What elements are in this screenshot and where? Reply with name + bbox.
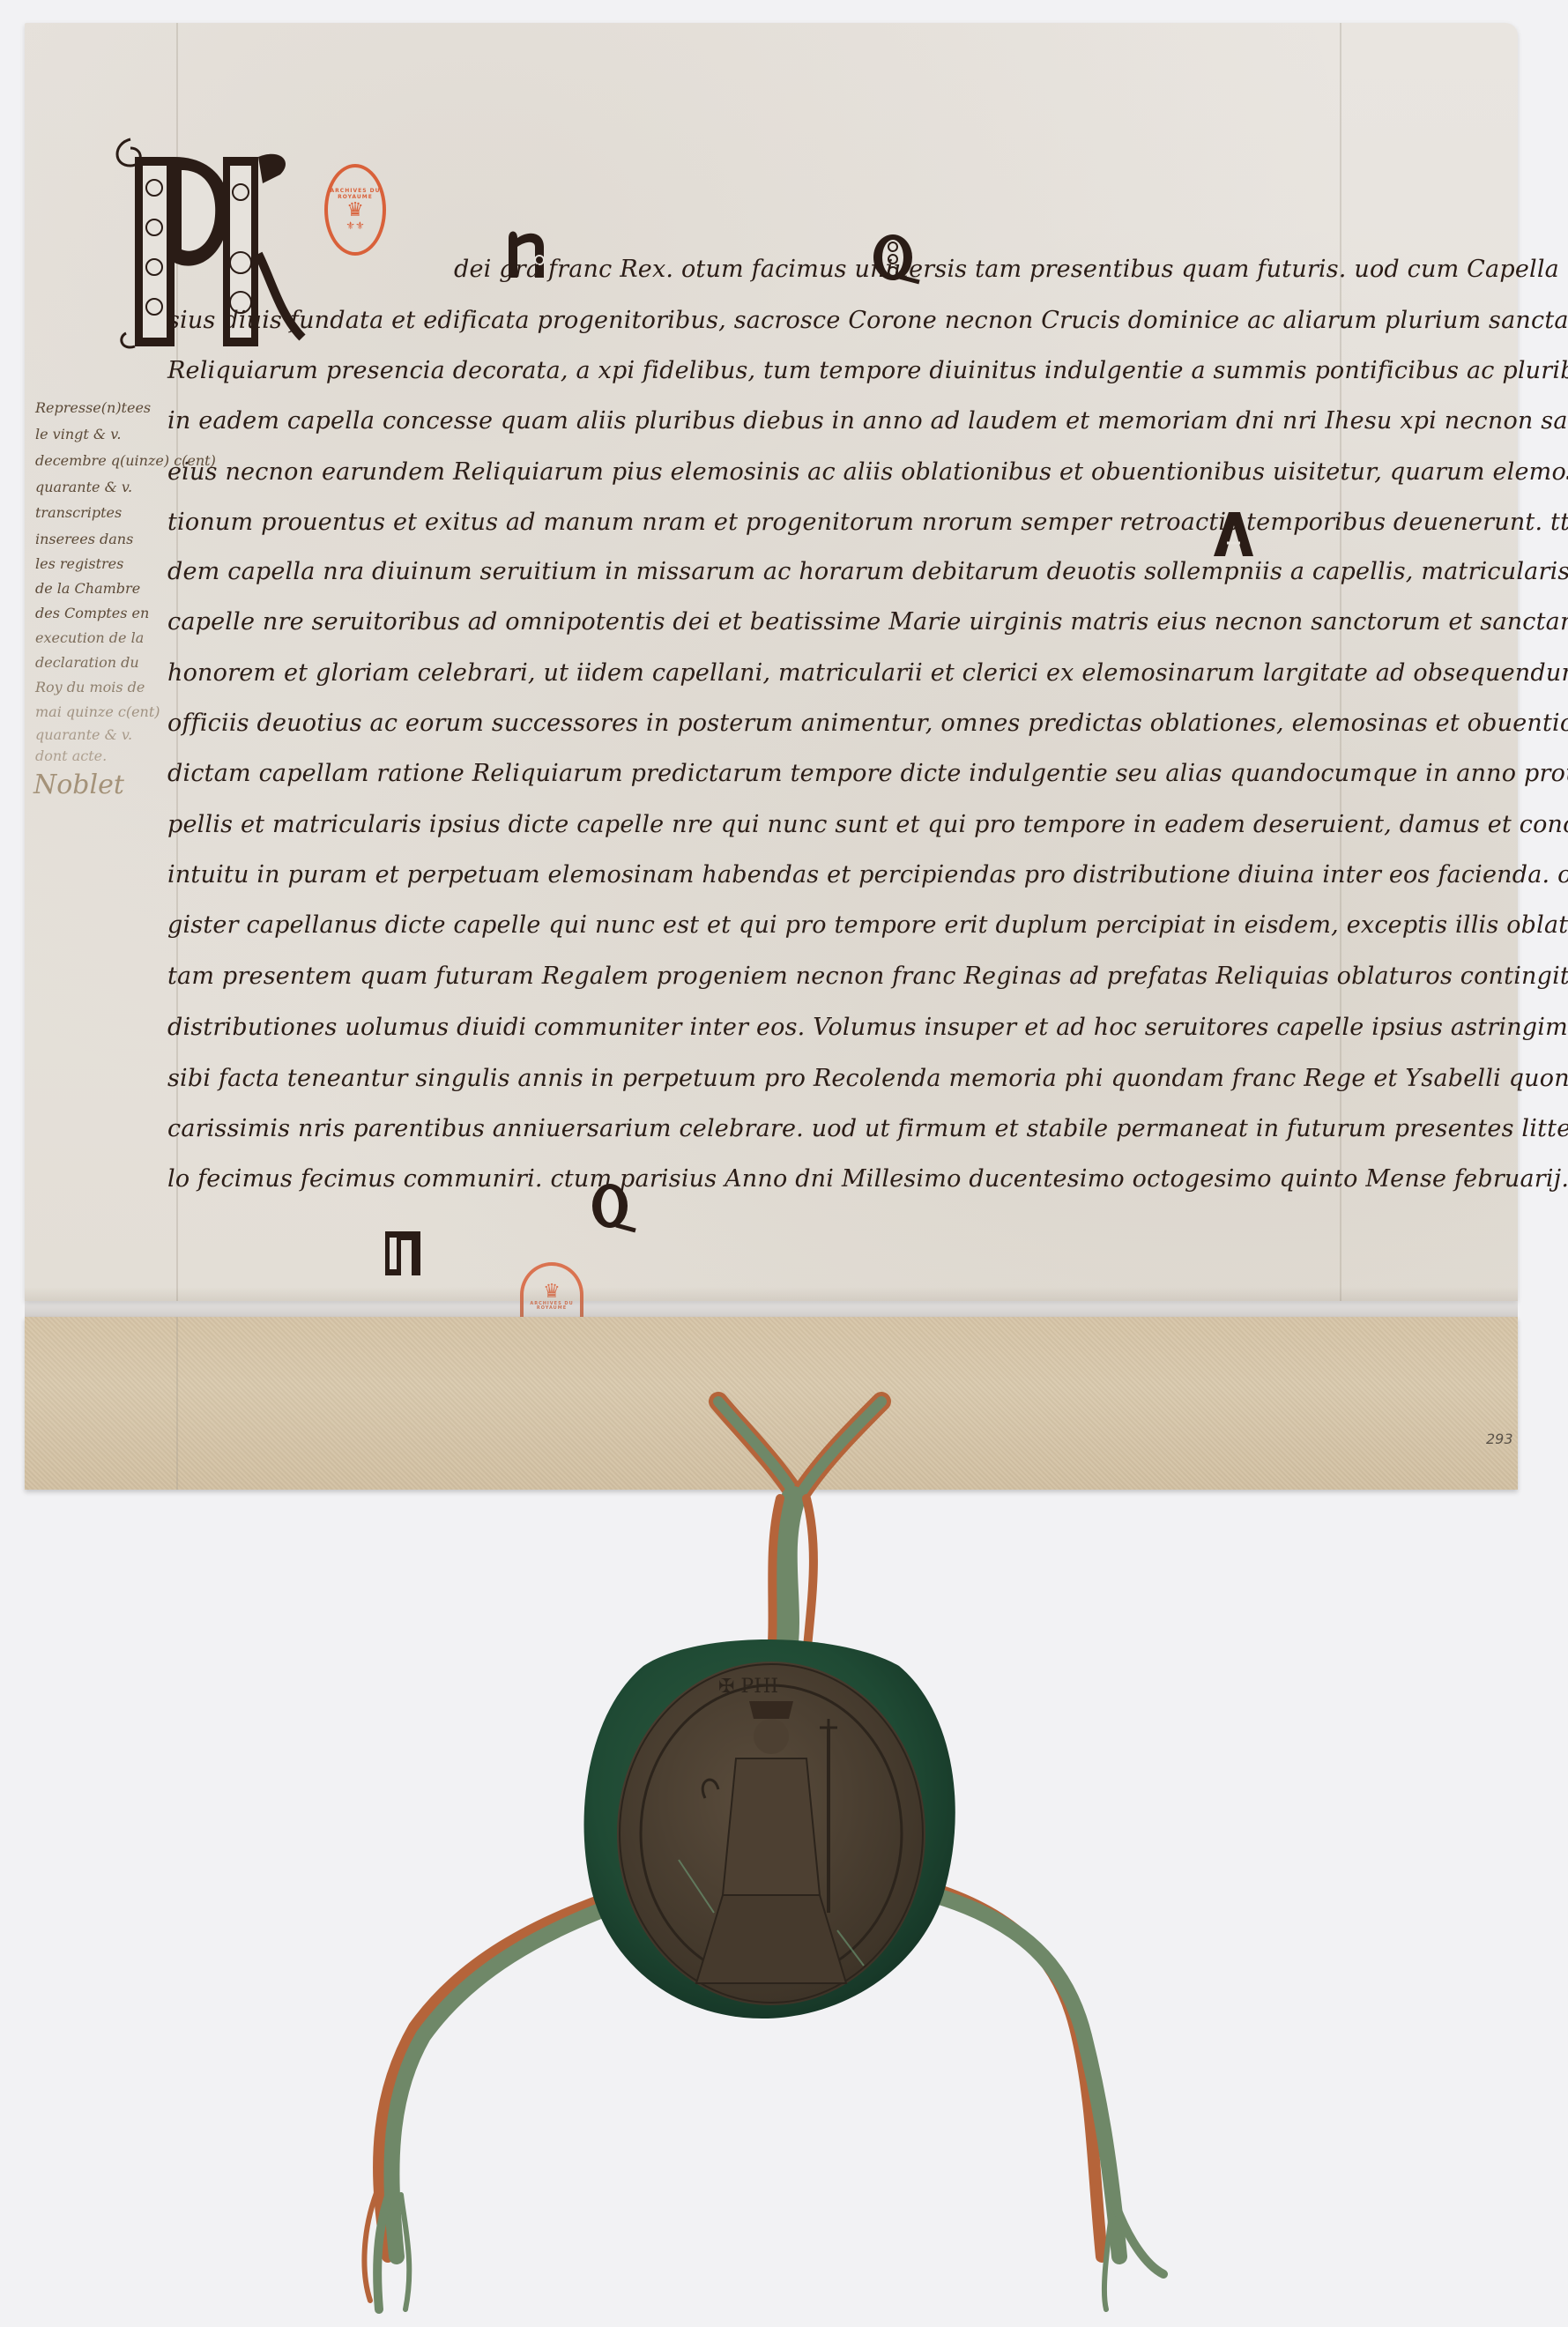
charter-line: lo fecimus fecimus communiri. ctum paris… [167, 1165, 1568, 1193]
charter-line: tionum prouentus et exitus ad manum nram… [167, 509, 1568, 536]
fold-line [176, 1317, 178, 1490]
charter-line: carissimis nris parentibus anniuersarium… [167, 1115, 1568, 1142]
seal-legend: ✠ PHI [718, 1676, 778, 1698]
charter-line: Reliquiarum presencia decorata, a xpi fi… [167, 357, 1568, 384]
wax-seal: ✠ PHI [573, 1631, 970, 2018]
charter-line: gister capellanus dicte capelle qui nunc… [167, 911, 1568, 939]
charter-line: capelle nre seruitoribus ad omnipotentis… [167, 608, 1568, 636]
charter-line: in eadem capella concesse quam aliis plu… [167, 407, 1568, 435]
charter-line: dictam capellam ratione Reliquiarum pred… [167, 760, 1568, 787]
charter-line: dei gra franc Rex. otum facimus uniuersi… [454, 256, 1568, 283]
charter-line: eius necnon earundem Reliquiarum pius el… [167, 458, 1568, 486]
charter-line: dem capella nra diuinum seruitium in mis… [167, 558, 1568, 585]
initial-a2 [381, 1227, 425, 1280]
charter-line: honorem et gloriam celebrari, ut iidem c… [167, 659, 1568, 687]
charter-line: tam presentem quam futuram Regalem proge… [167, 963, 1568, 990]
charter-line: officiis deuotius ac eorum successores i… [167, 710, 1568, 737]
charter-line: sius diuis fundata et edificata progenit… [167, 307, 1568, 334]
charter-line: distributiones uolumus diuidi communiter… [167, 1014, 1568, 1041]
folio-number: 293 [1486, 1431, 1513, 1447]
charter-line: intuitu in puram et perpetuam elemosinam… [167, 861, 1568, 888]
crown-icon: ♛ [346, 201, 364, 220]
margin-signature: Noblet [33, 769, 124, 800]
plica-shadow [25, 1287, 1518, 1319]
charter-line: sibi facta teneantur singulis annis in p… [167, 1065, 1568, 1092]
archives-stamp: ARCHIVES DU ROYAUME ♛ ⚜⚜ [324, 164, 386, 256]
charter-line: pellis et matricularis ipsius dicte cape… [167, 811, 1568, 838]
plica [25, 1317, 1518, 1490]
fleur-de-lis-icon: ⚜⚜ [346, 220, 365, 231]
